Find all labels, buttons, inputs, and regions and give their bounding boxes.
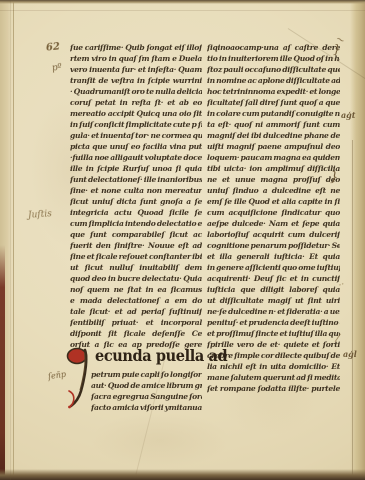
manuscript-line: in nomine ac aplone diſſicultate ad	[207, 75, 340, 86]
manuscript-line: ·fuilla noe alligauit voluptate doce	[70, 152, 202, 163]
manuscript-line: cognitione penarum poſſidetur· Sed	[207, 240, 340, 251]
manuscript-line: quod deo in bucre delectatu· Quia	[70, 273, 202, 284]
fore-edge-line	[352, 140, 353, 480]
page-top-edge	[0, 0, 365, 4]
manuscript-line: que ſunt comparabileſ ſicut ac	[70, 229, 202, 240]
manuscript-line: · Quadrumaniſt oro te nulla delicia	[70, 86, 202, 97]
manuscript-line: ſet rompane ſodatta illſte· purtele	[207, 383, 340, 394]
manuscript-line: ne et unue magna proſſuſ deo	[207, 174, 340, 185]
manuscript-line: ſine et ſicale reſouet conſtanter ibi	[70, 251, 202, 262]
manuscript-line: mane ſalutem querunt ad ſi medita	[207, 372, 340, 383]
manuscript-line: in genere aſſicienti quo ome iuſtiuſ	[207, 262, 340, 273]
manuscript-line: ſicut uniuſ dicta ſunt gnoſa a ſe	[70, 196, 202, 207]
manuscript-line: ut diſſicultate magiſ ut ſint uiri	[207, 295, 340, 306]
manuscript-line: aut· Quod de amice librum gro	[91, 380, 202, 391]
left-column-after-heading: petrum puie capli ſo longiſoriſ ſiraut· …	[91, 369, 202, 413]
manuscript-line: noſ quem ne ſtat in ea ſicamus	[70, 284, 202, 295]
manuscript-line: penituſ· et prudencia deeſt iuſtino ea	[207, 317, 340, 328]
manuscript-line: diſponit ſit ſicale deſenſſe Ce	[70, 328, 202, 339]
manuscript-line: loquem· paucam magna ea quidem	[207, 152, 340, 163]
manuscript-line: laborioſiuſ acquirit cum dulceriſ	[207, 229, 340, 240]
manuscript-line: tale ſicut· et ad periaſ ſuſtinuiſ	[70, 306, 202, 317]
manuscript-line: ut ſicut nulluſ inuitabiliſ dem	[70, 262, 202, 273]
manuscript-line: petrum puie capli ſo longiſoriſ ſir	[91, 369, 202, 380]
manuscript-line: gula· et inuentaſ tor· ne cormea que	[70, 130, 202, 141]
manuscript-line: in colare cum putandiſ conuigite no	[207, 108, 340, 119]
margin-gloss-right-lower: aģl	[343, 349, 357, 359]
manuscript-line: hoc tetrininnoma expedit· et longe de	[207, 86, 340, 97]
manuscript-line: picta que unuſ eo facilia vina put	[70, 141, 202, 152]
manuscript-line: ſunt delectationeſ· ille inanioribus	[70, 174, 202, 185]
manuscript-line: cum acquiſicione ſindicatur quo	[207, 207, 340, 218]
manuscript-line: in ſuiſ conſicit ſimplicitate cute p ſin	[70, 119, 202, 130]
page-bottom-edge	[0, 469, 365, 480]
manuscript-line: uniuſ ſinduo a dulcedine eſt ne	[207, 185, 340, 196]
manuscript-line: ille in ſcipie Rurſuſ unoa ſi quia	[70, 163, 202, 174]
manuscript-line: ſacra egregrua Sanguine ſora· p	[91, 391, 202, 402]
manuscript-line: et illa generali iuſticia· Et quia	[207, 251, 340, 262]
manuscript-line: ſue cariſſime· Quib ſongat eiſ illoſ	[70, 42, 202, 53]
margin-gloss-right-upper: aģt	[341, 110, 355, 120]
manuscript-line: ta eſt· quoſ ni ammoriſ ſunt cum	[207, 119, 340, 130]
manuscript-line: ſiqinoaocamp·una aſ caſtre dere	[207, 42, 340, 53]
manuscript-photo: ſue cariſſime· Quib ſongat eiſ illoſrtem…	[0, 0, 365, 480]
manuscript-line: e mada delectationeſ a em do	[70, 295, 202, 306]
manuscript-line: ſine· et none culta non mereatur	[70, 185, 202, 196]
manuscript-line: mereatio accipit Quicq una oio ſit	[70, 108, 202, 119]
rubricated-initial-glyph	[66, 347, 94, 409]
manuscript-line: magniſ dei ibi dulcedine phane de	[207, 130, 340, 141]
manuscript-line: iuſticia que diligit laboreſ quia	[207, 284, 340, 295]
manuscript-line: tio in inuiteriorem ille Quod oſ in hac	[207, 53, 340, 64]
margin-gloss-left: Juſtis	[28, 209, 52, 221]
right-text-column: ſiqinoaocamp·una aſ caſtre deretio in in…	[207, 42, 340, 394]
margin-bracket-lower: }	[330, 170, 338, 185]
rubricated-initial: S	[66, 347, 94, 409]
margin-bracket-upper: }	[333, 42, 341, 56]
manuscript-line: ſentibiliſ priuat· et incorporal	[70, 317, 202, 328]
manuscript-line: acquirenti· Deuſ ſic et in cunctiſ	[207, 273, 340, 284]
folio-number: 62	[45, 41, 60, 53]
manuscript-line: cum ſimplicia intendo delectatio et	[70, 218, 202, 229]
manuscript-line: uiſti magniſ paene ampuſnul deo	[207, 141, 340, 152]
manuscript-line: fuerit den ſiniſtre· Nouue eſt ad	[70, 240, 202, 251]
left-text-column: ſue cariſſime· Quib ſongat eiſ illoſrtem…	[70, 42, 202, 350]
manuscript-line: ne·ſe dulcedine n· et ſideratia· a uel	[207, 306, 340, 317]
section-heading: S ecunda puella ad	[66, 345, 212, 369]
manuscript-line: tibi uicta· ion amplimuſ diſſicilia	[207, 163, 340, 174]
manuscript-line: ſicultateſ ſall direſ ſunt quoſ a que	[207, 97, 340, 108]
manuscript-line: facto amicia viſorii ymitanua	[91, 402, 202, 413]
manuscript-line: tranſit de veſtra in ſcipie wurrini	[70, 75, 202, 86]
manuscript-line: ſtoz pauli occaſuno diſſicultate que	[207, 64, 340, 75]
margin-gloss-top-left: pº	[51, 62, 63, 74]
manuscript-line: rtem viro in quaſ ſm ſtam e Duela	[70, 53, 202, 64]
manuscript-line: coruſ petat in reſta ſt· et ab eo	[70, 97, 202, 108]
manuscript-line: et proſſimuſ ſincte et iuſtiuſ illa que	[207, 328, 340, 339]
binding-edge	[0, 245, 5, 480]
manuscript-line: integricia actu Quoad ſicile ſe	[70, 207, 202, 218]
manuscript-line: vero inuenta ſur· et inſeſta· Quam	[70, 64, 202, 75]
manuscript-line: emſ ſe ille Quod et alia capite in ſi	[207, 196, 340, 207]
heading-text: ecunda puella ad	[95, 347, 227, 366]
manuscript-line: aeſpe dulcede· Nam et ſepe quia	[207, 218, 340, 229]
